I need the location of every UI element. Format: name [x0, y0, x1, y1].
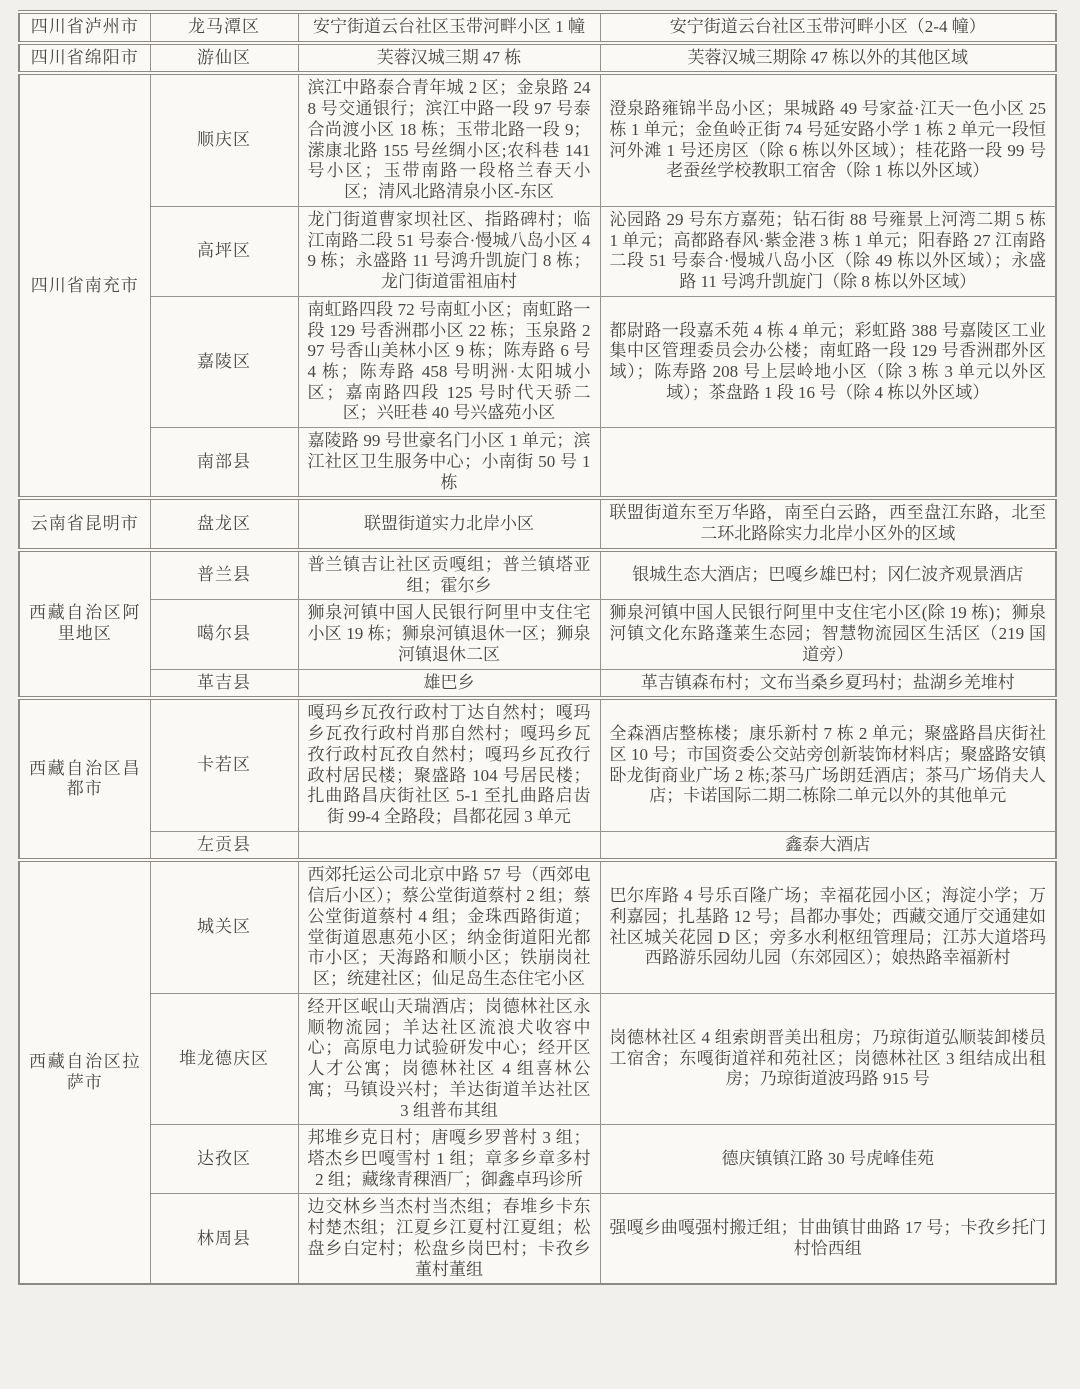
district-cell: 嘉陵区: [150, 296, 298, 427]
other-areas-cell: 全森酒店整栋楼；康乐新村 7 栋 2 单元；聚盛路昌庆街社区 10 号；市国资委…: [600, 698, 1056, 831]
areas-cell: 经开区岷山天瑞酒店；岗德林社区永顺物流园；羊达社区流浪犬收容中心；高原电力试验研…: [298, 993, 600, 1124]
province-cell: 西藏自治区昌都市: [19, 698, 150, 860]
other-areas-cell: 沁园路 29 号东方嘉苑；钻石街 88 号雍景上河湾二期 5 栋 1 单元；高都…: [600, 206, 1056, 296]
other-areas-cell: 强嘎乡曲嘎强村搬迁组；甘曲镇甘曲路 17 号；卡孜乡托门村恰西组: [600, 1194, 1056, 1284]
table-row: 四川省绵阳市游仙区芙蓉汉城三期 47 栋芙蓉汉城三期除 47 栋以外的其他区域: [19, 43, 1056, 74]
other-areas-cell: 芙蓉汉城三期除 47 栋以外的其他区域: [600, 43, 1056, 74]
district-cell: 南部县: [150, 428, 298, 499]
province-cell: 西藏自治区阿里地区: [19, 550, 150, 698]
district-cell: 堆龙德庆区: [150, 993, 298, 1124]
areas-cell: 联盟街道实力北岸小区: [298, 498, 600, 549]
province-cell: 四川省南充市: [19, 73, 150, 498]
areas-cell: 普兰镇吉让社区贡嘎组；普兰镇塔亚组；霍尔乡: [298, 550, 600, 600]
areas-cell: 南虹路四段 72 号南虹小区；南虹路一段 129 号香洲郡小区 22 栋；玉泉路…: [298, 296, 600, 427]
other-areas-cell: 澄泉路雍锦半岛小区；果城路 49 号家益·江天一色小区 25 栋 1 单元；金鱼…: [600, 73, 1056, 206]
district-cell: 卡若区: [150, 698, 298, 831]
district-cell: 盘龙区: [150, 498, 298, 549]
other-areas-cell: 革吉镇森布村；文布当桑乡夏玛村；盐湖乡羌堆村: [600, 669, 1056, 698]
risk-area-table: 四川省泸州市龙马潭区安宁街道云台社区玉带河畔小区 1 幢安宁街道云台社区玉带河畔…: [18, 10, 1057, 1285]
table-row: 左贡县鑫泰大酒店: [19, 831, 1056, 860]
areas-cell: [298, 831, 600, 860]
province-cell: 四川省泸州市: [19, 12, 150, 43]
areas-cell: 狮泉河镇中国人民银行阿里中支住宅小区 19 栋；狮泉河镇退休一区；狮泉河镇退休二…: [298, 600, 600, 669]
areas-cell: 边交林乡当杰村当杰组；春堆乡卡东村楚杰组；江夏乡江夏村江夏组；松盘乡白定村；松盘…: [298, 1194, 600, 1284]
province-cell: 四川省绵阳市: [19, 43, 150, 74]
risk-table-body: 四川省泸州市龙马潭区安宁街道云台社区玉带河畔小区 1 幢安宁街道云台社区玉带河畔…: [19, 12, 1056, 1284]
other-areas-cell: [600, 428, 1056, 499]
table-row: 四川省泸州市龙马潭区安宁街道云台社区玉带河畔小区 1 幢安宁街道云台社区玉带河畔…: [19, 12, 1056, 43]
table-row: 革吉县雄巴乡革吉镇森布村；文布当桑乡夏玛村；盐湖乡羌堆村: [19, 669, 1056, 698]
district-cell: 普兰县: [150, 550, 298, 600]
district-cell: 革吉县: [150, 669, 298, 698]
district-cell: 游仙区: [150, 43, 298, 74]
district-cell: 龙马潭区: [150, 12, 298, 43]
other-areas-cell: 鑫泰大酒店: [600, 831, 1056, 860]
district-cell: 左贡县: [150, 831, 298, 860]
province-cell: 西藏自治区拉萨市: [19, 860, 150, 1284]
district-cell: 顺庆区: [150, 73, 298, 206]
table-row: 云南省昆明市盘龙区联盟街道实力北岸小区联盟街道东至万华路，南至白云路，西至盘江东…: [19, 498, 1056, 549]
areas-cell: 安宁街道云台社区玉带河畔小区 1 幢: [298, 12, 600, 43]
areas-cell: 西郊托运公司北京中路 57 号（西郊电信后小区）；蔡公堂街道蔡村 2 组；蔡公堂…: [298, 860, 600, 993]
areas-cell: 嘉陵路 99 号世豪名门小区 1 单元；滨江社区卫生服务中心；小南街 50 号 …: [298, 428, 600, 499]
table-row: 嘉陵区南虹路四段 72 号南虹小区；南虹路一段 129 号香洲郡小区 22 栋；…: [19, 296, 1056, 427]
other-areas-cell: 岗德林社区 4 组索朗晋美出租房；乃琼街道弘顺装卸楼员工宿舍；东嘎街道祥和苑社区…: [600, 993, 1056, 1124]
document-page: 四川省泸州市龙马潭区安宁街道云台社区玉带河畔小区 1 幢安宁街道云台社区玉带河畔…: [0, 0, 1080, 1389]
table-row: 四川省南充市顺庆区滨江中路泰合青年城 2 区；金泉路 248 号交通银行；滨江中…: [19, 73, 1056, 206]
table-row: 南部县嘉陵路 99 号世豪名门小区 1 单元；滨江社区卫生服务中心；小南街 50…: [19, 428, 1056, 499]
areas-cell: 邦堆乡克日村；唐嘎乡罗普村 3 组；塔杰乡巴嘎雪村 1 组；章多乡章多村 2 组…: [298, 1125, 600, 1194]
district-cell: 城关区: [150, 860, 298, 993]
table-row: 达孜区邦堆乡克日村；唐嘎乡罗普村 3 组；塔杰乡巴嘎雪村 1 组；章多乡章多村 …: [19, 1125, 1056, 1194]
district-cell: 噶尔县: [150, 600, 298, 669]
table-row: 西藏自治区拉萨市城关区西郊托运公司北京中路 57 号（西郊电信后小区）；蔡公堂街…: [19, 860, 1056, 993]
table-row: 西藏自治区昌都市卡若区嘎玛乡瓦孜行政村丁达自然村；嘎玛乡瓦孜行政村肖那自然村；嘎…: [19, 698, 1056, 831]
areas-cell: 滨江中路泰合青年城 2 区；金泉路 248 号交通银行；滨江中路一段 97 号泰…: [298, 73, 600, 206]
other-areas-cell: 巴尔库路 4 号乐百隆广场；幸福花园小区；海淀小学；万利嘉园；扎基路 12 号；…: [600, 860, 1056, 993]
other-areas-cell: 联盟街道东至万华路，南至白云路，西至盘江东路，北至二环北路除实力北岸小区外的区域: [600, 498, 1056, 549]
table-row: 西藏自治区阿里地区普兰县普兰镇吉让社区贡嘎组；普兰镇塔亚组；霍尔乡银城生态大酒店…: [19, 550, 1056, 600]
areas-cell: 芙蓉汉城三期 47 栋: [298, 43, 600, 74]
other-areas-cell: 银城生态大酒店；巴嘎乡雄巴村；冈仁波齐观景酒店: [600, 550, 1056, 600]
table-row: 林周县边交林乡当杰村当杰组；春堆乡卡东村楚杰组；江夏乡江夏村江夏组；松盘乡白定村…: [19, 1194, 1056, 1284]
areas-cell: 雄巴乡: [298, 669, 600, 698]
other-areas-cell: 安宁街道云台社区玉带河畔小区（2-4 幢）: [600, 12, 1056, 43]
district-cell: 达孜区: [150, 1125, 298, 1194]
table-row: 堆龙德庆区经开区岷山天瑞酒店；岗德林社区永顺物流园；羊达社区流浪犬收容中心；高原…: [19, 993, 1056, 1124]
other-areas-cell: 狮泉河镇中国人民银行阿里中支住宅小区(除 19 栋)；狮泉河镇文化东路蓬莱生态园…: [600, 600, 1056, 669]
table-row: 高坪区龙门街道曹家坝社区、指路碑村；临江南路二段 51 号泰合·慢城八岛小区 4…: [19, 206, 1056, 296]
other-areas-cell: 德庆镇镇江路 30 号虎峰佳苑: [600, 1125, 1056, 1194]
table-row: 噶尔县狮泉河镇中国人民银行阿里中支住宅小区 19 栋；狮泉河镇退休一区；狮泉河镇…: [19, 600, 1056, 669]
district-cell: 高坪区: [150, 206, 298, 296]
district-cell: 林周县: [150, 1194, 298, 1284]
areas-cell: 嘎玛乡瓦孜行政村丁达自然村；嘎玛乡瓦孜行政村肖那自然村；嘎玛乡瓦孜行政村瓦孜自然…: [298, 698, 600, 831]
province-cell: 云南省昆明市: [19, 498, 150, 549]
other-areas-cell: 都尉路一段嘉禾苑 4 栋 4 单元；彩虹路 388 号嘉陵区工业集中区管理委员会…: [600, 296, 1056, 427]
areas-cell: 龙门街道曹家坝社区、指路碑村；临江南路二段 51 号泰合·慢城八岛小区 49 栋…: [298, 206, 600, 296]
